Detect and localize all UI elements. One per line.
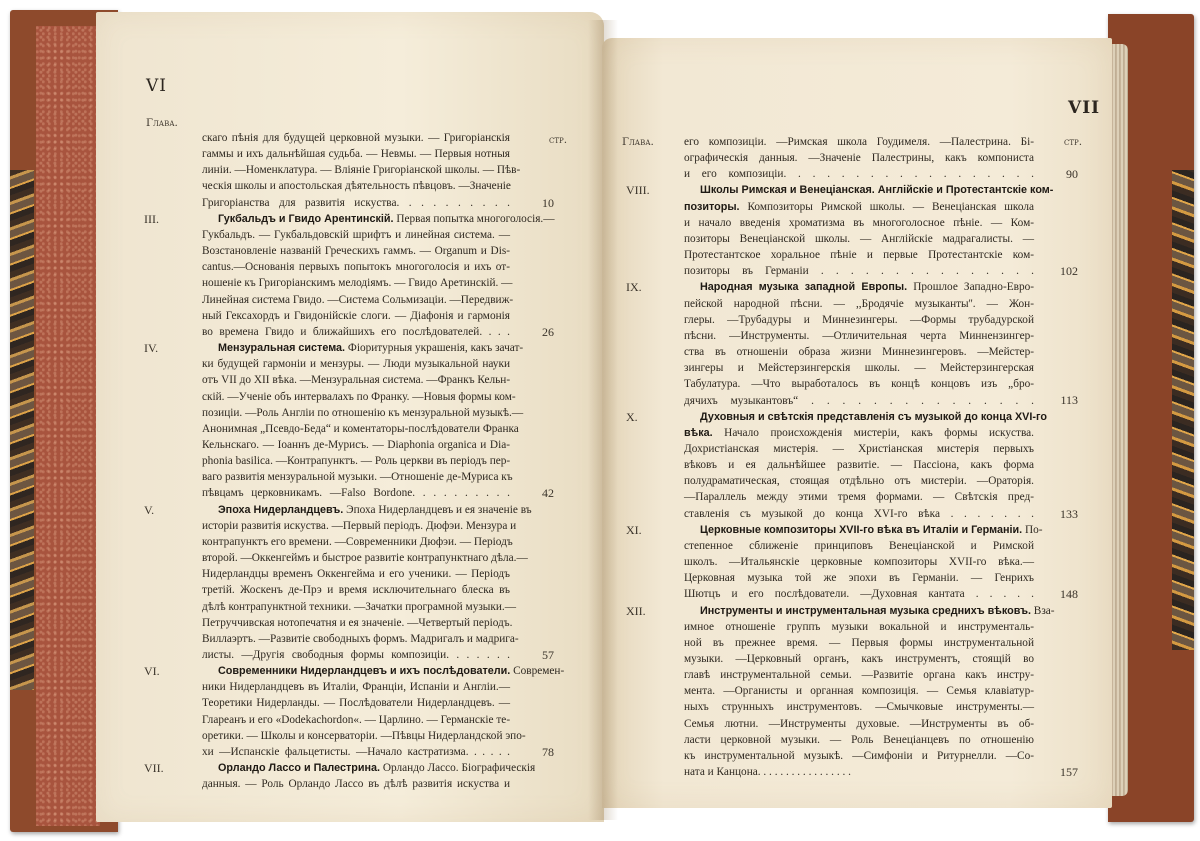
page-folio-right: VII <box>1068 98 1100 118</box>
chapter-title: Орландо Лассо и Палестрина. <box>218 762 380 774</box>
chapter-number: XII. <box>626 603 666 619</box>
toc-text: Орландо Лассо. Біографическія <box>383 762 535 774</box>
toc-text: Начало происхожденія мистеріи, какъ форм… <box>724 427 1034 439</box>
toc-entry: VIII.Школы Римская и Венеціанская. Англі… <box>684 182 1034 279</box>
toc-continuation: скаго пѣнія для будущей церковной музыки… <box>202 130 510 211</box>
chapter-title: Церковные композиторы XVII-го вѣка въ Ит… <box>700 524 1022 536</box>
table-of-contents-right: 90 его композиціи. —Римская школа Гоудим… <box>684 134 1034 780</box>
toc-line: ники Нидерландцевъ въ Италіи, Франціи, И… <box>202 679 510 695</box>
chapter-title: Современники Нидерландцевъ и ихъ послѣдо… <box>218 665 510 677</box>
chapter-number: V. <box>144 502 184 518</box>
marbled-board-right <box>1172 170 1194 650</box>
toc-line: Возстановленіе названій Греческихъ гаммъ… <box>202 243 510 259</box>
toc-line: ный Гексахордъ и Гвидонійскіе слоги. — Д… <box>202 308 510 324</box>
chapter-title-cont: вѣка. <box>684 427 713 439</box>
toc-line: зингеры и Мейстерзингерскія школы. — Мей… <box>684 360 1034 376</box>
toc-line: позиторы. Композиторы Римской школы. — В… <box>684 199 1034 215</box>
toc-line: Дохристіанская мистерія. — Христіанская … <box>684 441 1034 457</box>
toc-line: ваго развитія мензуральной музыки. —Отно… <box>202 469 510 485</box>
toc-entry-body: Гукбальдъ и Гвидо Арентинскій. Первая по… <box>202 211 510 340</box>
toc-entry-body: Церковные композиторы XVII-го вѣка въ Ит… <box>684 522 1034 603</box>
toc-entry: III.Гукбальдъ и Гвидо Арентинскій. Перва… <box>202 211 510 340</box>
toc-line: и начало введенія хроматизма въ многогол… <box>684 215 1034 231</box>
toc-line: Народная музыка западной Европы. Прошлое… <box>684 279 1034 295</box>
toc-line: и его композиціи. . . . . . . . . . . . … <box>684 166 1034 182</box>
toc-line: Виллаэртъ. —Развитіе свободныхъ формъ. М… <box>202 631 510 647</box>
toc-entry-body: Мензуральная система. Фіоритурныя украше… <box>202 340 510 502</box>
toc-text: Современ- <box>513 665 564 677</box>
toc-text: Эпоха Нидерландцевъ и ея значеніе въ <box>346 504 531 516</box>
toc-line: позиторы въ Германіи . . . . . . . . . .… <box>684 263 1034 279</box>
toc-line: ографическія данныя. —Значеніе Палестрин… <box>684 150 1034 166</box>
toc-page-number: 102 <box>1044 263 1078 279</box>
toc-line: ческія школы и апостольская дѣятельность… <box>202 178 510 194</box>
toc-page-number: 78 <box>520 744 554 760</box>
toc-line: третій. Жоскенъ де-Прэ и время исключите… <box>202 582 510 598</box>
toc-entry-body: Современники Нидерландцевъ и ихъ послѣдо… <box>202 663 510 760</box>
toc-line: контрапунктъ его времени. —Современники … <box>202 534 510 550</box>
toc-line: имное отношеніе группъ музыки вокальной … <box>684 619 1034 635</box>
toc-line: ныхъ струнныхъ инструментовъ. —Смычковые… <box>684 699 1034 715</box>
toc-line: ной въ прежнее время. — Первыя формы инс… <box>684 635 1034 651</box>
toc-page-number: 10 <box>520 195 554 211</box>
toc-line: оретики. — Школы и консерваторіи. —Пѣвцы… <box>202 728 510 744</box>
glava-label: Глава. <box>622 136 654 148</box>
toc-line: позиціи. —Роль Англіи по отношенію къ ме… <box>202 405 510 421</box>
toc-line: листы. —Другія свободныя формы композиці… <box>202 647 510 663</box>
toc-line: Теоретики Нидерланды. — Послѣдователи Ни… <box>202 695 510 711</box>
chapter-title: Эпоха Нидерландцевъ. <box>218 504 343 516</box>
toc-line: вѣковъ и ея дальнѣйшее развитіе. — Пассі… <box>684 457 1034 473</box>
toc-entry: V.Эпоха Нидерландцевъ. Эпоха Нидерландце… <box>202 502 510 664</box>
toc-line: Школы Римская и Венеціанская. Англійскіе… <box>684 182 1034 198</box>
toc-line: дячихъ музыкантовъ“ . . . . . . . . . . … <box>684 393 1034 409</box>
toc-line: Современники Нидерландцевъ и ихъ послѣдо… <box>202 663 510 679</box>
str-label: стр. <box>549 134 567 146</box>
left-page: VI Глава. стр. скаго пѣнія для будущей ц… <box>96 12 604 822</box>
toc-line: исторіи развитія искуства. —Первый періо… <box>202 518 510 534</box>
toc-line: его композиціи. —Римская школа Гоудимеля… <box>684 134 1034 150</box>
toc-line: школъ. —Итальянскіе церковные композитор… <box>684 554 1034 570</box>
toc-line: пейской народной пѣсни. — ,,Бродячіе муз… <box>684 296 1034 312</box>
toc-text: Вза- <box>1034 605 1055 617</box>
toc-line: Семья лютни. —Инструменты духовые. —Инст… <box>684 716 1034 732</box>
toc-page-number: 57 <box>520 647 554 663</box>
toc-entry-body: Духовныя и свѣтскія представленія съ муз… <box>684 409 1034 522</box>
toc-line: Григоріанства для развитія искуства. . .… <box>202 195 510 211</box>
chapter-title: Инструменты и инструментальная музыка ср… <box>700 605 1031 617</box>
toc-entry: VII.Орландо Лассо и Палестрина. Орландо … <box>202 760 510 792</box>
toc-line: cantus.—Основанія первыхъ попытокъ много… <box>202 259 510 275</box>
toc-entries-right: VIII.Школы Римская и Венеціанская. Англі… <box>684 182 1034 780</box>
toc-page-number: 133 <box>1044 506 1078 522</box>
chapter-number: XI. <box>626 522 666 538</box>
chapter-number: III. <box>144 211 184 227</box>
marbled-board-left <box>10 170 34 690</box>
toc-text: По- <box>1025 524 1043 536</box>
toc-line: дѣлѣ контрапунктной техники. —Зачатки пр… <box>202 599 510 615</box>
toc-line: Шютцъ и его послѣдователи. —Духовная кан… <box>684 586 1034 602</box>
toc-entries-left: III.Гукбальдъ и Гвидо Арентинскій. Перва… <box>202 211 510 793</box>
toc-entry-body: Инструменты и инструментальная музыка ср… <box>684 603 1034 781</box>
toc-line: ната и Канцона. . . . . . . . . . . . . … <box>684 764 1034 780</box>
toc-line: второй. —Оккенгеймъ и быстрое развитіе к… <box>202 550 510 566</box>
chapter-title: Гукбальдъ и Гвидо Арентинскій. <box>218 213 394 225</box>
toc-page-number: 148 <box>1044 586 1078 602</box>
str-label: стр. <box>1064 136 1082 148</box>
toc-line: гаммы и ихъ дальнѣйшая судьба. — Невмы. … <box>202 146 510 162</box>
chapter-number: IV. <box>144 340 184 356</box>
toc-text: Композиторы Римской школы. — Венеціанска… <box>747 201 1034 213</box>
toc-text: Фіоритурныя украшенія, какъ зачат- <box>348 342 523 354</box>
toc-line: ставленія съ музыкой до конца XVI-го вѣк… <box>684 506 1034 522</box>
toc-continuation: 90 его композиціи. —Римская школа Гоудим… <box>684 134 1034 182</box>
toc-line: глеры. —Трубадуры и Миннезингеры. —Формы… <box>684 312 1034 328</box>
chapter-title-cont: позиторы. <box>684 201 740 213</box>
table-of-contents-left: скаго пѣнія для будущей церковной музыки… <box>202 130 510 792</box>
toc-line: ки будущей гармоніи и мензуры. — Люди му… <box>202 356 510 372</box>
toc-entry: IX.Народная музыка западной Европы. Прош… <box>684 279 1034 408</box>
toc-line: пѣсни. —Инструменты. —Отличительная черт… <box>684 328 1034 344</box>
toc-line: музыки. —Церковный органъ, какъ инструме… <box>684 651 1034 667</box>
toc-page-number: 113 <box>1044 392 1078 408</box>
toc-line: линіи. —Номенклатура. — Вліяніе Григоріа… <box>202 162 510 178</box>
toc-line: ношеніе къ Григоріанскимъ мелодіямъ. — Г… <box>202 275 510 291</box>
toc-line: ласти церковной музыки. — Роль Венеціанц… <box>684 732 1034 748</box>
toc-entry-body: Школы Римская и Венеціанская. Англійскіе… <box>684 182 1034 279</box>
glava-label: Глава. <box>146 117 178 129</box>
chapter-title: Духовныя и свѣтскія представленія съ муз… <box>700 411 1047 423</box>
toc-line: Нидерландцы временъ Оккенгейма и его уче… <box>202 566 510 582</box>
right-page: VII Глава. стр. 90 его композиціи. —Римс… <box>602 38 1112 808</box>
toc-line: данныя. — Роль Орландо Лассо въ дѣлѣ раз… <box>202 776 510 792</box>
chapter-number: VI. <box>144 663 184 679</box>
toc-text: Первая попытка многоголосія.— <box>396 213 554 225</box>
pastedown-left <box>36 26 100 826</box>
toc-line: Церковные композиторы XVII-го вѣка въ Ит… <box>684 522 1034 538</box>
toc-line: хи —Испанскіе фальцетисты. —Начало кастр… <box>202 744 510 760</box>
toc-entry: XII.Инструменты и инструментальная музык… <box>684 603 1034 781</box>
toc-entry-body: Орландо Лассо и Палестрина. Орландо Ласс… <box>202 760 510 792</box>
toc-line: Табулатура. —Что выработалось въ концѣ к… <box>684 376 1034 392</box>
toc-line: вѣка. Начало происхожденія мистеріи, как… <box>684 425 1034 441</box>
toc-entry: IV.Мензуральная система. Фіоритурныя укр… <box>202 340 510 502</box>
chapter-number: VII. <box>144 760 184 776</box>
toc-line: Духовныя и свѣтскія представленія съ муз… <box>684 409 1034 425</box>
toc-continuation-body: скаго пѣнія для будущей церковной музыки… <box>202 130 510 211</box>
toc-line: ства въ отношеніи образа жизни Миннезинг… <box>684 344 1034 360</box>
toc-line: позиторы Венеціанской школы. — Англійскі… <box>684 231 1034 247</box>
toc-text: Прошлое Западно-Евро- <box>913 281 1034 293</box>
toc-line: пѣвцамъ церковникамъ. —Falso Bordone. . … <box>202 485 510 501</box>
toc-page-number: 26 <box>520 324 554 340</box>
toc-line: Петруччивская нотопечатня и ея значеніе.… <box>202 615 510 631</box>
toc-entry: XI.Церковные композиторы XVII-го вѣка въ… <box>684 522 1034 603</box>
toc-line: Анонимная „Псевдо-Беда“ и коментаторы-по… <box>202 421 510 437</box>
toc-line: мента. —Органисты и органная композиція.… <box>684 683 1034 699</box>
toc-entry-body: Эпоха Нидерландцевъ. Эпоха Нидерландцевъ… <box>202 502 510 664</box>
toc-line: къ инструментальной музыкѣ. —Симфоніи и … <box>684 748 1034 764</box>
toc-entry: X.Духовныя и свѣтскія представленія съ м… <box>684 409 1034 522</box>
toc-line: Орландо Лассо и Палестрина. Орландо Ласс… <box>202 760 510 776</box>
toc-line: phonia basilica. —Контрапунктъ. — Роль ц… <box>202 453 510 469</box>
toc-page-number: 157 <box>1044 764 1078 780</box>
page-folio-left: VI <box>146 76 167 96</box>
chapter-title: Народная музыка западной Европы. <box>700 281 907 293</box>
chapter-number: IX. <box>626 279 666 295</box>
toc-line: скаго пѣнія для будущей церковной музыки… <box>202 130 510 146</box>
toc-line: скій. —Ученіе объ интервалахъ по Франку.… <box>202 389 510 405</box>
toc-line: Церковная музыка той же эпохи въ Германі… <box>684 570 1034 586</box>
toc-line: Гукбальдъ. — Гукбальдовскій шрифтъ и лин… <box>202 227 510 243</box>
toc-line: главѣ инструментальной семьи. —Развитіе … <box>684 667 1034 683</box>
toc-page-number: 42 <box>520 485 554 501</box>
chapter-number: X. <box>626 409 666 425</box>
toc-line: степенное сближеніе принциповъ Венеціанс… <box>684 538 1034 554</box>
toc-line: отъ VII до XII вѣка. —Мензуральная систе… <box>202 372 510 388</box>
toc-line: полудраматическая, стоящая отдѣльно отъ … <box>684 473 1034 489</box>
toc-line: Мензуральная система. Фіоритурныя украше… <box>202 340 510 356</box>
toc-continuation-body: его композиціи. —Римская школа Гоудимеля… <box>684 134 1034 182</box>
chapter-title: Мензуральная система. <box>218 342 345 354</box>
chapter-title: Школы Римская и Венеціанская. Англійскіе… <box>700 184 1053 196</box>
toc-line: Эпоха Нидерландцевъ. Эпоха Нидерландцевъ… <box>202 502 510 518</box>
toc-line: Гукбальдъ и Гвидо Арентинскій. Первая по… <box>202 211 510 227</box>
toc-line: Линейная система Гвидо. —Система Сольмиз… <box>202 292 510 308</box>
toc-entry: VI.Современники Нидерландцевъ и ихъ посл… <box>202 663 510 760</box>
chapter-number: VIII. <box>626 182 666 198</box>
toc-entry-body: Народная музыка западной Европы. Прошлое… <box>684 279 1034 408</box>
toc-page-number: 90 <box>1044 166 1078 182</box>
toc-line: Протестантское хоральное пѣніе и первые … <box>684 247 1034 263</box>
toc-line: Кельнскаго. — Іоаннъ де-Мурисъ. — Diapho… <box>202 437 510 453</box>
toc-line: во времена Гвидо и ближайшихъ его послѣд… <box>202 324 510 340</box>
toc-line: Глареанъ и его «Dodekachordon«. — Царлин… <box>202 712 510 728</box>
toc-line: —Параллель между этими тремя формами. — … <box>684 489 1034 505</box>
toc-line: Инструменты и инструментальная музыка ср… <box>684 603 1034 619</box>
